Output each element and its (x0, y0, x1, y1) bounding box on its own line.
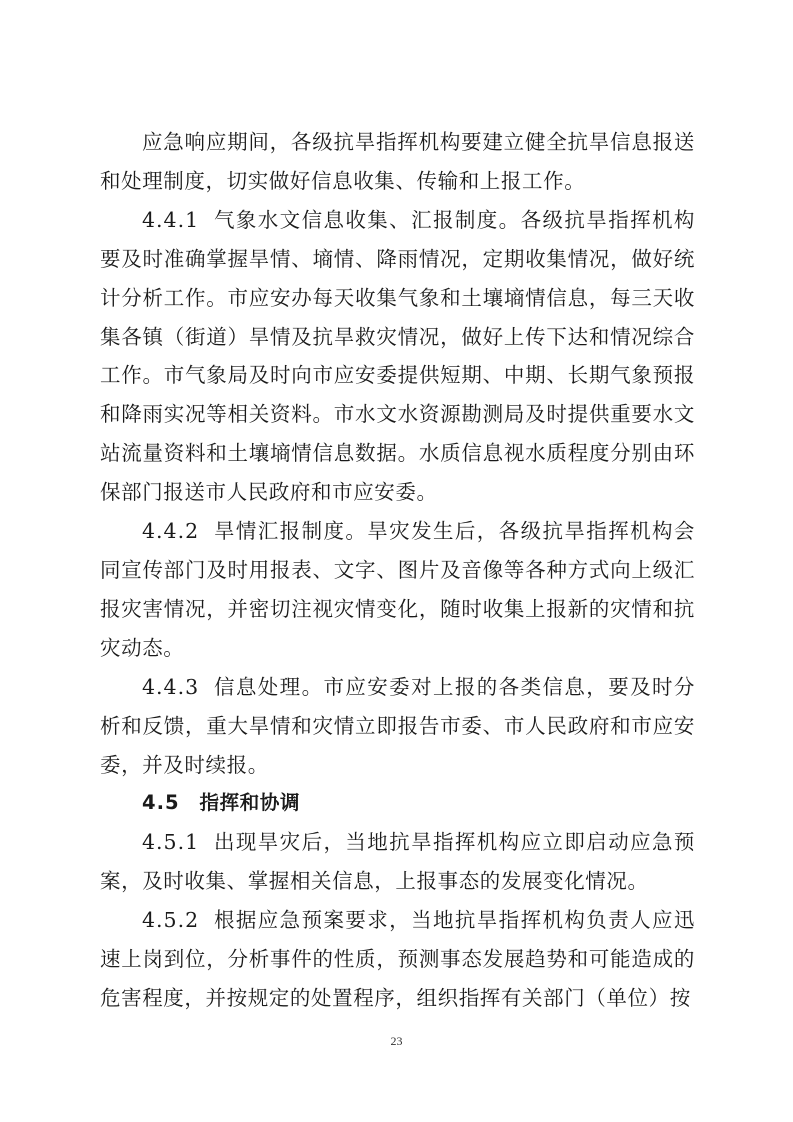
section-heading: 4.5指挥和协调 (100, 784, 695, 823)
page-number: 23 (0, 1034, 793, 1049)
clause-number: 4.5.2 (142, 908, 199, 932)
section-title: 指挥和协调 (200, 791, 301, 814)
document-page: 应急响应期间，各级抗旱指挥机构要建立健全抗旱信息报送和处理制度，切实做好信息收集… (0, 0, 793, 1122)
paragraph-text: 气象水文信息收集、汇报制度。各级抗旱指挥机构要及时准确掌握旱情、墒情、降雨情况，… (100, 208, 695, 504)
clause-number: 4.4.2 (142, 519, 199, 543)
paragraph-4-4-3: 4.4.3信息处理。市应安委对上报的各类信息，要及时分析和反馈，重大旱情和灾情立… (100, 668, 695, 785)
paragraph-4-5-1: 4.5.1出现旱灾后，当地抗旱指挥机构应立即启动应急预案，及时收集、掌握相关信息… (100, 823, 695, 901)
paragraph-text: 应急响应期间，各级抗旱指挥机构要建立健全抗旱信息报送和处理制度，切实做好信息收集… (100, 130, 695, 193)
document-body: 应急响应期间，各级抗旱指挥机构要建立健全抗旱信息报送和处理制度，切实做好信息收集… (100, 123, 695, 1018)
paragraph-4-4-2: 4.4.2旱情汇报制度。旱灾发生后，各级抗旱指挥机构会同宣传部门及时用报表、文字… (100, 512, 695, 668)
clause-number: 4.5.1 (142, 830, 199, 854)
paragraph-4-4-1: 4.4.1气象水文信息收集、汇报制度。各级抗旱指挥机构要及时准确掌握旱情、墒情、… (100, 201, 695, 512)
paragraph-4-5-2: 4.5.2根据应急预案要求，当地抗旱指挥机构负责人应迅速上岗到位，分析事件的性质… (100, 901, 695, 1018)
clause-number: 4.4.1 (142, 208, 199, 232)
section-number: 4.5 (142, 791, 180, 814)
clause-number: 4.4.3 (142, 675, 199, 699)
paragraph-intro: 应急响应期间，各级抗旱指挥机构要建立健全抗旱信息报送和处理制度，切实做好信息收集… (100, 123, 695, 201)
